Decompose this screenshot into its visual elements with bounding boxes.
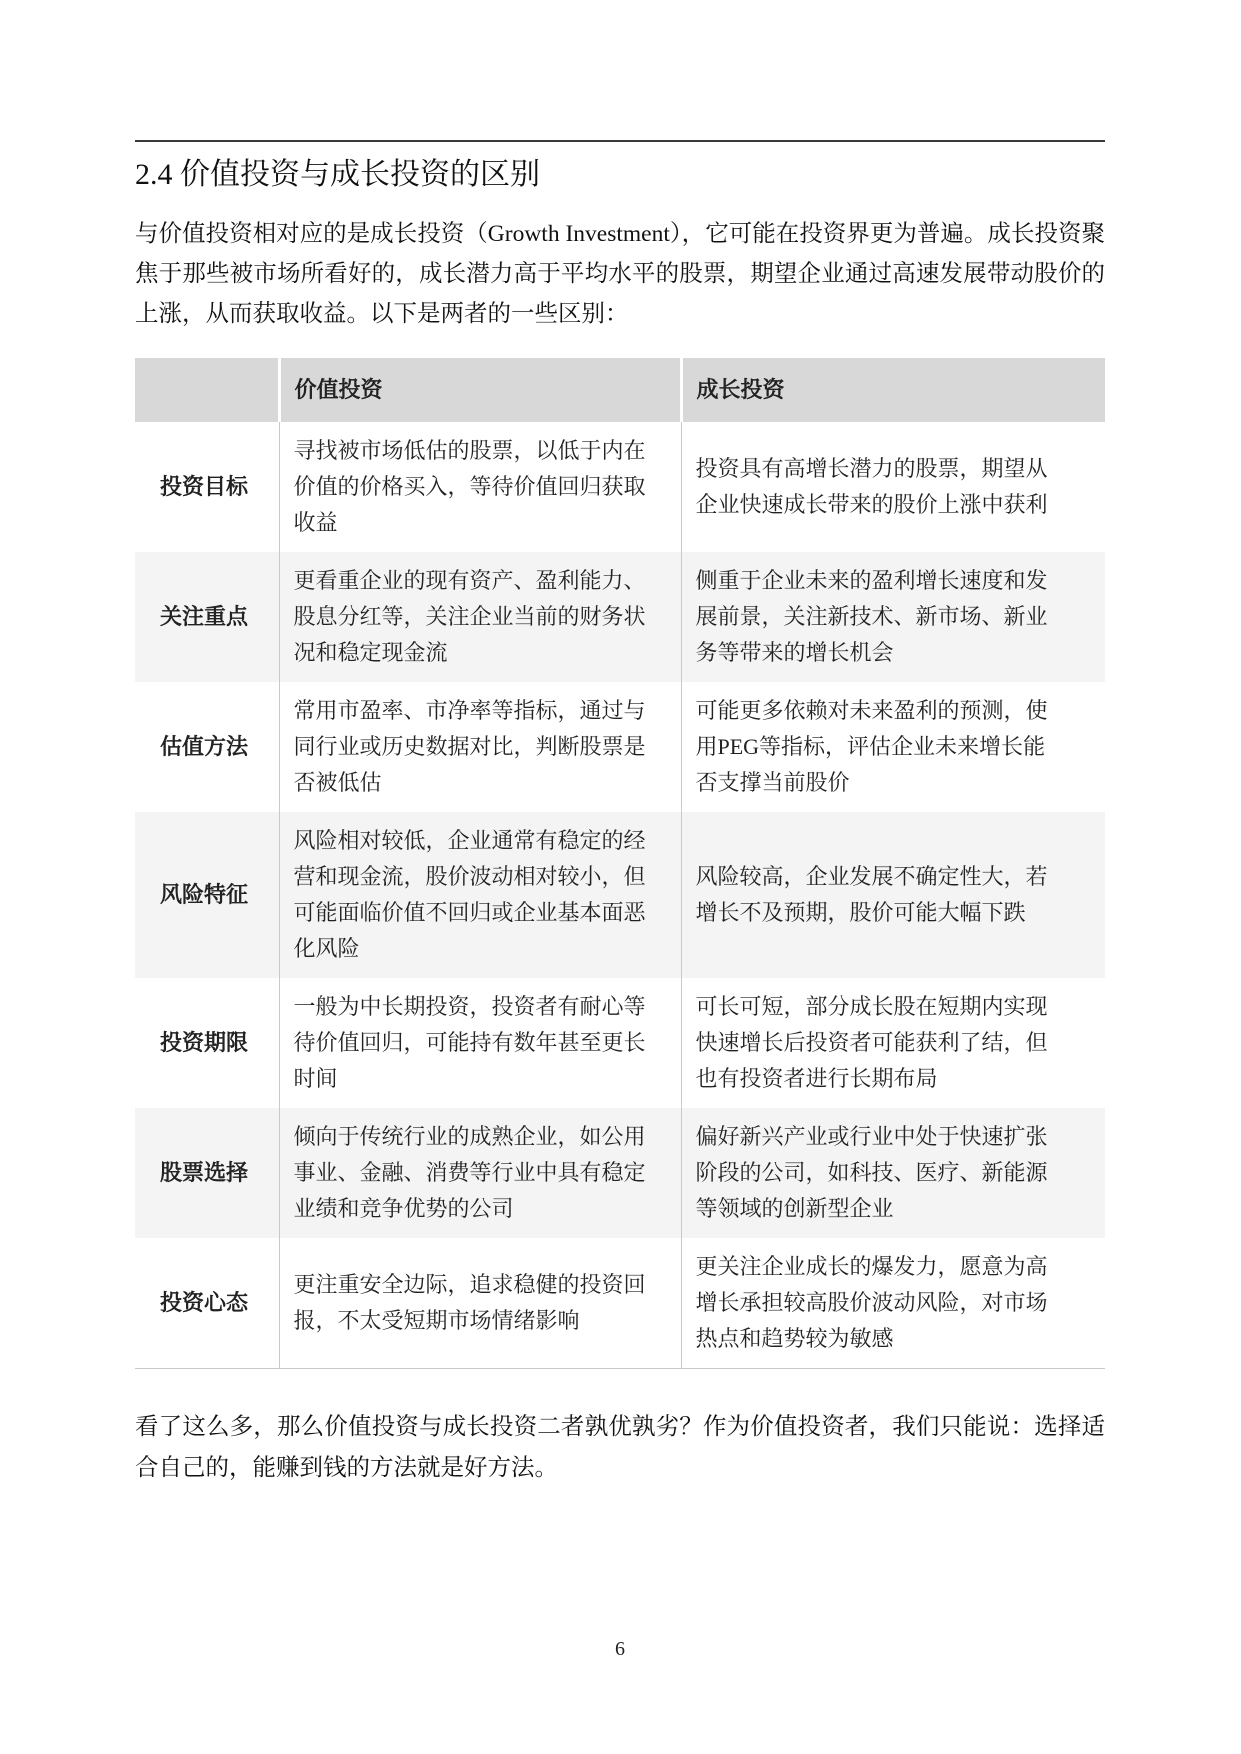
value-cell: 一般为中长期投资，投资者有耐心等待价值回归，可能持有数年甚至更长时间	[279, 978, 681, 1108]
row-label: 估值方法	[135, 682, 279, 812]
value-cell: 倾向于传统行业的成熟企业，如公用事业、金融、消费等行业中具有稳定业绩和竞争优势的…	[279, 1108, 681, 1238]
header-value-investing: 价值投资	[279, 358, 681, 422]
row-label: 风险特征	[135, 812, 279, 978]
value-cell: 更看重企业的现有资产、盈利能力、股息分红等，关注企业当前的财务状况和稳定现金流	[279, 552, 681, 682]
table-row: 关注重点 更看重企业的现有资产、盈利能力、股息分红等，关注企业当前的财务状况和稳…	[135, 552, 1105, 682]
table-row: 股票选择 倾向于传统行业的成熟企业，如公用事业、金融、消费等行业中具有稳定业绩和…	[135, 1108, 1105, 1238]
header-growth-investing: 成长投资	[681, 358, 1105, 422]
row-label: 投资目标	[135, 422, 279, 552]
content-column: 2.4 价值投资与成长投资的区别 与价值投资相对应的是成长投资（Growth I…	[135, 140, 1105, 1489]
table-row: 风险特征 风险相对较低，企业通常有稳定的经营和现金流，股价波动相对较小，但可能面…	[135, 812, 1105, 978]
table-row: 投资心态 更注重安全边际，追求稳健的投资回报，不太受短期市场情绪影响 更关注企业…	[135, 1238, 1105, 1369]
page-number: 6	[135, 1638, 1105, 1661]
growth-cell: 更关注企业成长的爆发力，愿意为高增长承担较高股价波动风险，对市场热点和趋势较为敏…	[681, 1238, 1105, 1369]
value-cell: 寻找被市场低估的股票，以低于内在价值的价格买入，等待价值回归获取收益	[279, 422, 681, 552]
growth-cell: 偏好新兴产业或行业中处于快速扩张阶段的公司，如科技、医疗、新能源等领域的创新型企…	[681, 1108, 1105, 1238]
growth-cell: 风险较高，企业发展不确定性大，若增长不及预期，股价可能大幅下跌	[681, 812, 1105, 978]
growth-cell: 可长可短，部分成长股在短期内实现快速增长后投资者可能获利了结，但也有投资者进行长…	[681, 978, 1105, 1108]
section-divider-rule	[135, 140, 1105, 142]
growth-cell: 投资具有高增长潜力的股票，期望从企业快速成长带来的股价上涨中获利	[681, 422, 1105, 552]
value-cell: 风险相对较低，企业通常有稳定的经营和现金流，股价波动相对较小，但可能面临价值不回…	[279, 812, 681, 978]
growth-cell: 可能更多依赖对未来盈利的预测，使用PEG等指标，评估企业未来增长能否支撑当前股价	[681, 682, 1105, 812]
intro-paragraph: 与价值投资相对应的是成长投资（Growth Investment），它可能在投资…	[135, 214, 1105, 334]
value-cell: 常用市盈率、市净率等指标，通过与同行业或历史数据对比，判断股票是否被低估	[279, 682, 681, 812]
table-row: 投资目标 寻找被市场低估的股票，以低于内在价值的价格买入，等待价值回归获取收益 …	[135, 422, 1105, 552]
row-label: 投资心态	[135, 1238, 279, 1369]
comparison-table: 价值投资 成长投资 投资目标 寻找被市场低估的股票，以低于内在价值的价格买入，等…	[135, 358, 1105, 1369]
table-row: 估值方法 常用市盈率、市净率等指标，通过与同行业或历史数据对比，判断股票是否被低…	[135, 682, 1105, 812]
header-stub-cell	[135, 358, 279, 422]
table-header-row: 价值投资 成长投资	[135, 358, 1105, 422]
row-label: 投资期限	[135, 978, 279, 1108]
table-row: 投资期限 一般为中长期投资，投资者有耐心等待价值回归，可能持有数年甚至更长时间 …	[135, 978, 1105, 1108]
closing-paragraph: 看了这么多，那么价值投资与成长投资二者孰优孰劣？作为价值投资者，我们只能说：选择…	[135, 1407, 1105, 1489]
value-cell: 更注重安全边际，追求稳健的投资回报，不太受短期市场情绪影响	[279, 1238, 681, 1369]
section-heading: 2.4 价值投资与成长投资的区别	[135, 152, 1105, 198]
document-page: 2.4 价值投资与成长投资的区别 与价值投资相对应的是成长投资（Growth I…	[0, 0, 1241, 1754]
row-label: 股票选择	[135, 1108, 279, 1238]
growth-cell: 侧重于企业未来的盈利增长速度和发展前景，关注新技术、新市场、新业务等带来的增长机…	[681, 552, 1105, 682]
row-label: 关注重点	[135, 552, 279, 682]
